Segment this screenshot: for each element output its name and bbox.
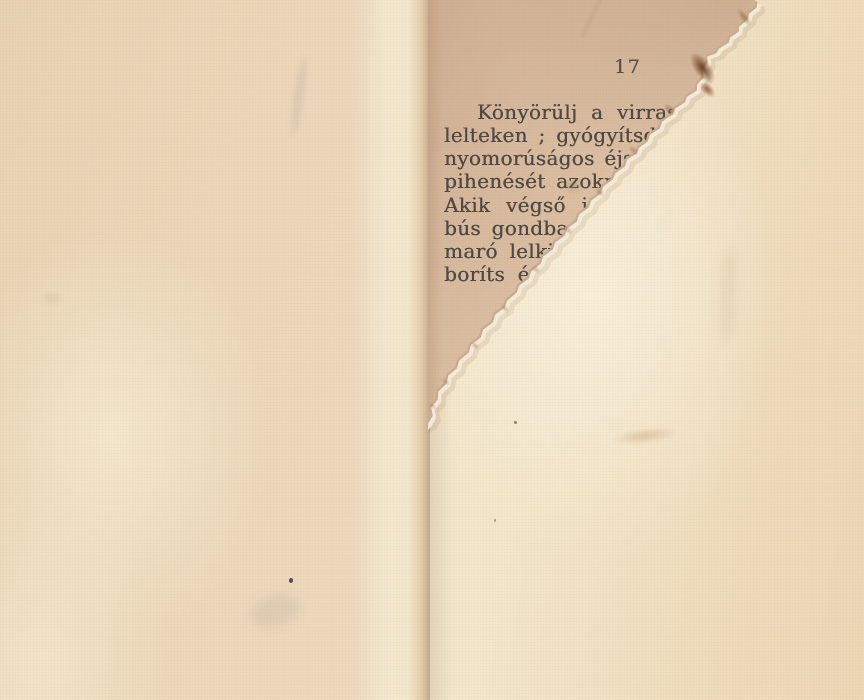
page-number: 17	[614, 56, 641, 78]
dust-speck	[514, 421, 517, 424]
dust-speck	[494, 519, 496, 522]
stain-mark	[564, 178, 582, 194]
stain-mark	[716, 248, 738, 345]
ink-speck	[289, 578, 293, 583]
book-gutter-fold	[352, 0, 430, 700]
stain-mark	[610, 424, 679, 448]
smudge-mark	[247, 590, 303, 632]
open-book-photo: 17 Könyörülj a virrasztók lelteken ; gyó…	[0, 0, 864, 700]
smudge-mark	[288, 56, 309, 137]
paper-crease	[581, 0, 602, 39]
smudge-mark	[44, 294, 60, 303]
